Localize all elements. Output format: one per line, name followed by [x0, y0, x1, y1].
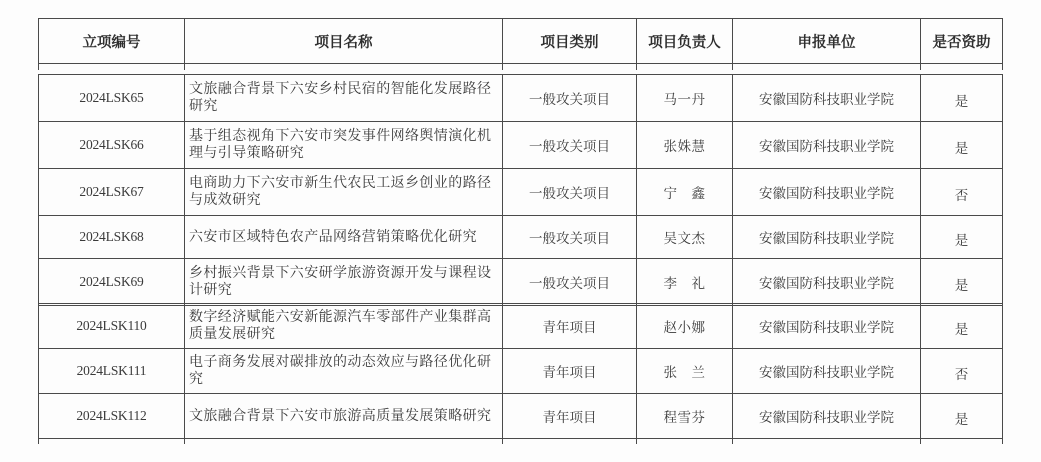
funded-status: 否	[921, 169, 1003, 216]
funded-status: 是	[921, 122, 1003, 169]
table-header: 立项编号 项目名称 项目类别 项目负责人 申报单位 是否资助	[38, 18, 1003, 70]
project-leader: 张 兰	[637, 349, 733, 394]
table-row: 2024LSK67 电商助力下六安市新生代农民工返乡创业的路径与成效研究 一般攻…	[39, 169, 1003, 216]
project-category: 青年项目	[503, 349, 637, 394]
funded-status: 是	[921, 75, 1003, 122]
project-category: 一般攻关项目	[503, 259, 637, 306]
project-leader: 马一丹	[637, 75, 733, 122]
funded-status: 是	[921, 216, 1003, 259]
project-leader: 李 礼	[637, 259, 733, 306]
project-code: 2024LSK69	[39, 259, 185, 306]
project-leader: 吴文杰	[637, 216, 733, 259]
project-leader: 宁 鑫	[637, 169, 733, 216]
project-leader: 程雪芬	[637, 394, 733, 439]
project-code: 2024LSK67	[39, 169, 185, 216]
applicant-unit: 安徽国防科技职业学院	[733, 122, 921, 169]
applicant-unit: 安徽国防科技职业学院	[733, 349, 921, 394]
table-row: 2024LSK65 文旅融合背景下六安乡村民宿的智能化发展路径研究 一般攻关项目…	[39, 75, 1003, 122]
project-code: 2024LSK65	[39, 75, 185, 122]
project-name: 电子商务发展对碳排放的动态效应与路径优化研究	[185, 349, 503, 394]
project-leader: 张姝慧	[637, 122, 733, 169]
table-row: 2024LSK68 六安市区域特色农产品网络营销策略优化研究 一般攻关项目 吴文…	[39, 216, 1003, 259]
header-row: 立项编号 项目名称 项目类别 项目负责人 申报单位 是否资助	[39, 19, 1003, 64]
applicant-unit: 安徽国防科技职业学院	[733, 394, 921, 439]
column-header-name: 项目名称	[185, 19, 503, 64]
project-code: 2024LSK66	[39, 122, 185, 169]
project-leader: 赵小娜	[637, 304, 733, 349]
project-name: 数字经济赋能六安新能源汽车零部件产业集群高质量发展研究	[185, 304, 503, 349]
applicant-unit: 安徽国防科技职业学院	[733, 75, 921, 122]
project-category: 一般攻关项目	[503, 75, 637, 122]
project-name: 电商助力下六安市新生代农民工返乡创业的路径与成效研究	[185, 169, 503, 216]
funded-status: 是	[921, 259, 1003, 306]
column-header-leader: 项目负责人	[637, 19, 733, 64]
applicant-unit: 安徽国防科技职业学院	[733, 259, 921, 306]
header-stub-row	[39, 64, 1003, 71]
project-name: 乡村振兴背景下六安研学旅游资源开发与课程设计研究	[185, 259, 503, 306]
project-category: 一般攻关项目	[503, 169, 637, 216]
project-name: 六安市区域特色农产品网络营销策略优化研究	[185, 216, 503, 259]
project-name: 基于组态视角下六安市突发事件网络舆情演化机理与引导策略研究	[185, 122, 503, 169]
column-header-unit: 申报单位	[733, 19, 921, 64]
project-category: 一般攻关项目	[503, 122, 637, 169]
table-row: 2024LSK111 电子商务发展对碳排放的动态效应与路径优化研究 青年项目 张…	[39, 349, 1003, 394]
table-segment-youth: 2024LSK110 数字经济赋能六安新能源汽车零部件产业集群高质量发展研究 青…	[38, 303, 1003, 444]
project-code: 2024LSK110	[39, 304, 185, 349]
table-row: 2024LSK112 文旅融合背景下六安市旅游高质量发展策略研究 青年项目 程雪…	[39, 394, 1003, 439]
funded-status: 否	[921, 349, 1003, 394]
applicant-unit: 安徽国防科技职业学院	[733, 216, 921, 259]
funded-status: 是	[921, 304, 1003, 349]
project-category: 青年项目	[503, 304, 637, 349]
table-row: 2024LSK69 乡村振兴背景下六安研学旅游资源开发与课程设计研究 一般攻关项…	[39, 259, 1003, 306]
column-header-funded: 是否资助	[921, 19, 1003, 64]
project-code: 2024LSK68	[39, 216, 185, 259]
project-code: 2024LSK112	[39, 394, 185, 439]
segment-tail	[39, 439, 1003, 445]
table-row: 2024LSK66 基于组态视角下六安市突发事件网络舆情演化机理与引导策略研究 …	[39, 122, 1003, 169]
project-code: 2024LSK111	[39, 349, 185, 394]
project-category: 一般攻关项目	[503, 216, 637, 259]
column-header-category: 项目类别	[503, 19, 637, 64]
project-name: 文旅融合背景下六安乡村民宿的智能化发展路径研究	[185, 75, 503, 122]
project-category: 青年项目	[503, 394, 637, 439]
funded-status: 是	[921, 394, 1003, 439]
table-row: 2024LSK110 数字经济赋能六安新能源汽车零部件产业集群高质量发展研究 青…	[39, 304, 1003, 349]
table-segment-general: 2024LSK65 文旅融合背景下六安乡村民宿的智能化发展路径研究 一般攻关项目…	[38, 74, 1003, 311]
applicant-unit: 安徽国防科技职业学院	[733, 304, 921, 349]
column-header-code: 立项编号	[39, 19, 185, 64]
project-name: 文旅融合背景下六安市旅游高质量发展策略研究	[185, 394, 503, 439]
applicant-unit: 安徽国防科技职业学院	[733, 169, 921, 216]
